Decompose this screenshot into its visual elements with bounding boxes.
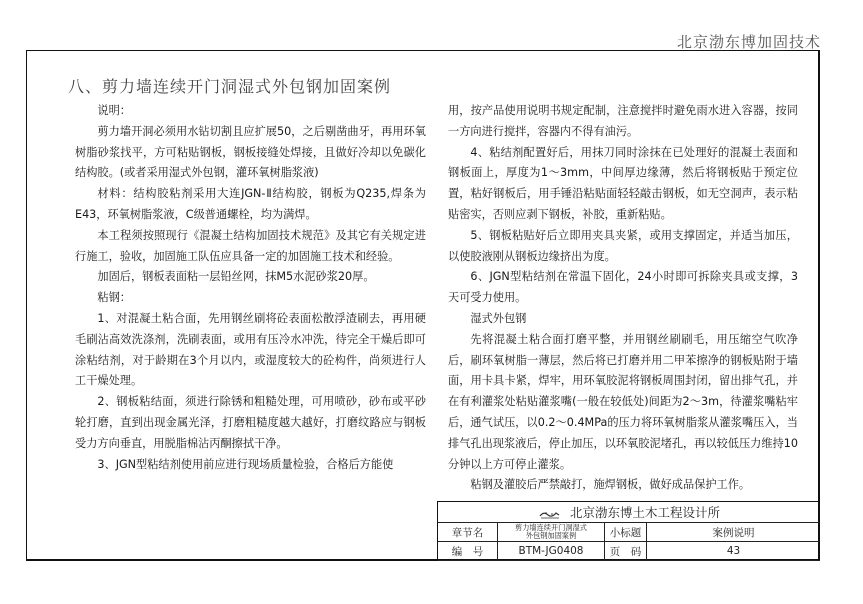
paragraph: 粘钢及灌胶后严禁敲打，施焊钢板，做好成品保护工作。 bbox=[448, 475, 798, 496]
paragraph: 用，按产品使用说明书规定配制，注意搅拌时避免雨水进入容器，按同一方向进行搅拌，容… bbox=[448, 101, 798, 143]
paragraph: 本工程须按照现行《混凝土结构加固技术规范》及其它有关规定进行施工，验收，加固施工… bbox=[75, 226, 426, 268]
paragraph: 湿式外包钢 bbox=[448, 309, 798, 330]
subtitle-label: 小标题 bbox=[605, 523, 647, 542]
paragraph: 剪力墙开洞必须用水钻切割且应扩展50，之后剔凿曲牙，再用环氧树脂砂浆找平，方可粘… bbox=[75, 122, 426, 184]
paragraph: 材料：结构胶粘剂采用大连JGN-Ⅱ结构胶，钢板为Q235,焊条为E43，环氧树脂… bbox=[75, 184, 426, 226]
title-block-firm: 北京渤东博土木工程设计所 bbox=[438, 502, 820, 523]
number-value: BTM-JG0408 bbox=[498, 542, 605, 561]
paragraph: 5、钢板粘贴好后立即用夹具夹紧，或用支撑固定，并适当加压，以使胶液刚从钢板边缘挤… bbox=[448, 226, 798, 268]
paragraph: 先将混凝土粘合面打磨平整，并用钢丝刷刷毛，用压缩空气吹净后，刷环氧树脂一薄层，然… bbox=[448, 330, 798, 476]
chapter-label: 章节名 bbox=[438, 523, 498, 542]
subtitle-value: 案例说明 bbox=[647, 523, 820, 542]
paragraph: 4、粘结剂配置好后，用抹刀同时涂抹在已处理好的混凝土表面和钢板面上，厚度为1～3… bbox=[448, 143, 798, 226]
page-label: 页 码 bbox=[605, 542, 647, 561]
page-value: 43 bbox=[647, 542, 820, 561]
firm-logo-icon bbox=[538, 507, 562, 517]
paragraph: 加固后，钢板表面粘一层铅丝网，抹M5水泥砂浆20厚。 bbox=[75, 267, 426, 288]
firm-name: 北京渤东博土木工程设计所 bbox=[570, 503, 720, 521]
paragraph: 说明： bbox=[75, 101, 426, 122]
header-brand: 北京渤东博加固技术 bbox=[677, 31, 821, 52]
paragraph: 粘钢： bbox=[75, 288, 426, 309]
page-title: 八、剪力墙连续开门洞湿式外包钢加固案例 bbox=[68, 74, 391, 97]
right-column: 用，按产品使用说明书规定配制，注意搅拌时避免雨水进入容器，按同一方向进行搅拌，容… bbox=[448, 101, 798, 496]
number-label: 编 号 bbox=[438, 542, 498, 561]
chapter-value-line2: 外包钢加固案例 bbox=[526, 532, 576, 540]
paragraph: 1、对混凝土粘合面，先用钢丝刷将砼表面松散浮渣刷去，再用硬毛刷沾高效洗涤剂，洗刷… bbox=[75, 309, 426, 392]
left-column: 说明：剪力墙开洞必须用水钻切割且应扩展50，之后剔凿曲牙，再用环氧树脂砂浆找平，… bbox=[75, 101, 426, 475]
paragraph: 6、JGN型粘结剂在常温下固化，24小时即可拆除夹具或支撑，3天可受力使用。 bbox=[448, 267, 798, 309]
paragraph: 3、JGN型粘结剂使用前应进行现场质量检验，合格后方能使 bbox=[75, 455, 426, 476]
title-block-grid: 章节名 剪力墙连续开门洞湿式 外包钢加固案例 小标题 案例说明 编 号 BTM-… bbox=[438, 523, 820, 561]
title-block: 北京渤东博土木工程设计所 章节名 剪力墙连续开门洞湿式 外包钢加固案例 小标题 … bbox=[437, 501, 820, 561]
paragraph: 2、钢板粘结面，须进行除锈和粗糙处理，可用喷砂，砂布或平砂轮打磨，直到出现金属光… bbox=[75, 392, 426, 454]
chapter-value: 剪力墙连续开门洞湿式 外包钢加固案例 bbox=[498, 523, 605, 542]
